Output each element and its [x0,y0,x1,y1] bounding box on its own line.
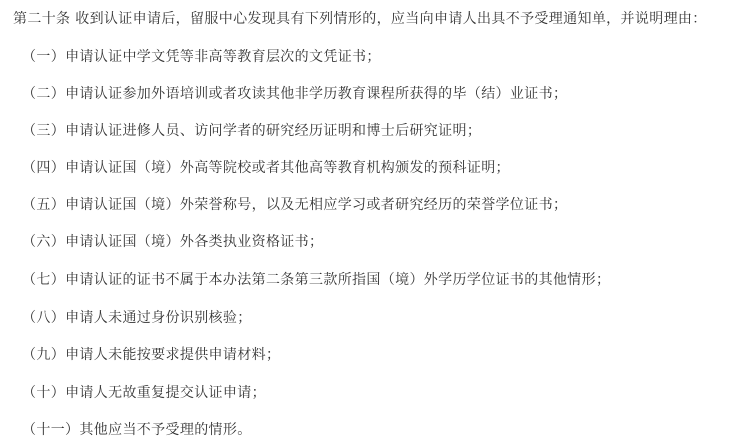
list-item: （十一）其他应当不予受理的情形。 [22,420,252,440]
article-body: 第二十条 收到认证申请后，留服中心发现具有下列情形的，应当向申请人出具不予受理通… [0,0,749,447]
list-item: （三）申请认证进修人员、访问学者的研究经历证明和博士后研究证明； [22,121,481,141]
item-text: 申请认证参加外语培训或者攻读其他非学历教育课程所获得的毕（结）业证书； [65,86,567,102]
item-marker: （一） [22,49,65,65]
item-text: 其他应当不予受理的情形。 [79,422,251,438]
list-item: （十）申请人无故重复提交认证申请； [22,383,266,403]
item-marker: （三） [22,123,65,139]
list-item: （九）申请人未能按要求提供申请材料； [22,345,280,365]
item-marker: （八） [22,310,65,326]
item-marker: （十一） [22,422,79,438]
list-item: （五）申请认证国（境）外荣誉称号，以及无相应学习或者研究经历的荣誉学位证书； [22,195,567,215]
list-item: （四）申请认证国（境）外高等院校或者其他高等教育机构颁发的预科证明； [22,158,510,178]
item-text: 申请人未通过身份识别核验； [65,310,252,326]
item-text: 申请人未能按要求提供申请材料； [65,347,280,363]
item-text: 申请认证中学文凭等非高等教育层次的文凭证书； [65,49,381,65]
item-text: 申请认证的证书不属于本办法第二条第三款所指国（境）外学历学位证书的其他情形； [65,272,610,288]
item-marker: （九） [22,347,65,363]
item-marker: （十） [22,385,65,401]
item-marker: （四） [22,160,65,176]
item-text: 申请认证国（境）外各类执业资格证书； [65,234,323,250]
item-marker: （七） [22,272,65,288]
list-item: （八）申请人未通过身份识别核验； [22,308,252,328]
item-marker: （六） [22,234,65,250]
article-intro-text: 收到认证申请后，留服中心发现具有下列情形的，应当向申请人出具不予受理通知单，并说… [75,11,706,27]
item-text: 申请认证进修人员、访问学者的研究经历证明和博士后研究证明； [65,123,481,139]
item-text: 申请人无故重复提交认证申请； [65,385,266,401]
item-marker: （五） [22,197,65,213]
article-heading-label: 第二十条 [13,11,70,27]
list-item: （一）申请认证中学文凭等非高等教育层次的文凭证书； [22,47,381,67]
list-item: （二）申请认证参加外语培训或者攻读其他非学历教育课程所获得的毕（结）业证书； [22,84,567,104]
list-item: （六）申请认证国（境）外各类执业资格证书； [22,232,323,252]
item-text: 申请认证国（境）外荣誉称号，以及无相应学习或者研究经历的荣誉学位证书； [65,197,567,213]
article-intro-line: 第二十条 收到认证申请后，留服中心发现具有下列情形的，应当向申请人出具不予受理通… [13,9,707,29]
item-marker: （二） [22,86,65,102]
item-text: 申请认证国（境）外高等院校或者其他高等教育机构颁发的预科证明； [65,160,510,176]
list-item: （七）申请认证的证书不属于本办法第二条第三款所指国（境）外学历学位证书的其他情形… [22,270,610,290]
